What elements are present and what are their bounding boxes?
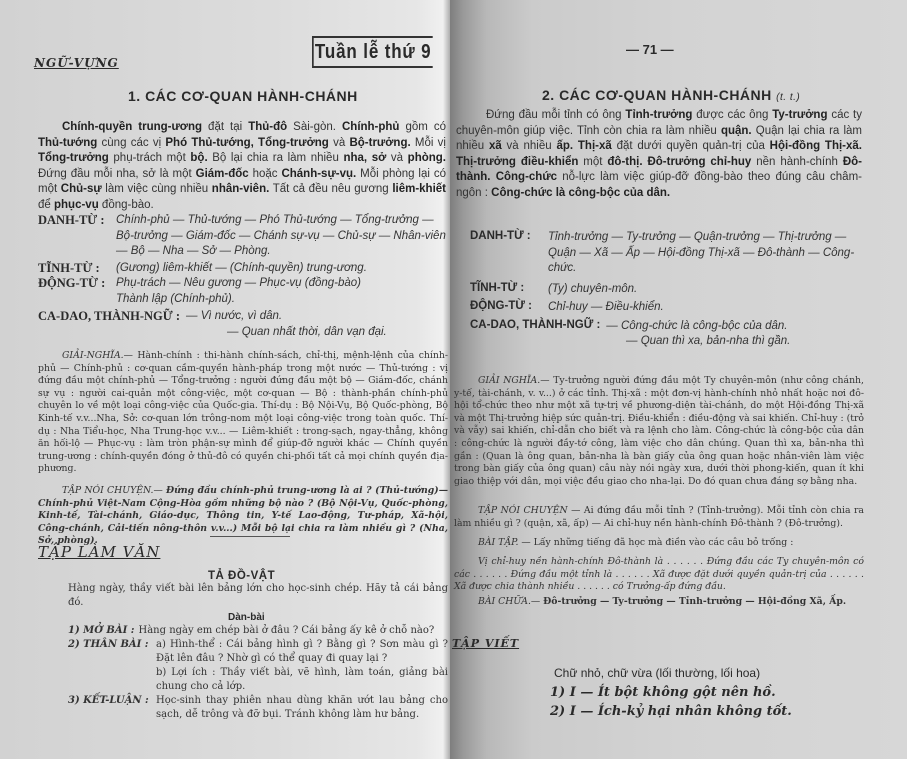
outline-label: 2) THÂN BÀI : (68, 638, 156, 694)
vocab-label: TĨNH-TỪ : (470, 282, 548, 298)
outline-text: Học-sinh thay phiên nhau dùng khăn ướt l… (156, 694, 448, 722)
outline-text: a) Hình-thể : Cái bảng hình gì ? Bằng gì… (156, 638, 448, 666)
intro-paragraph-right: Đứng đầu mỗi tỉnh có ông Tỉnh-trưởng đượ… (456, 108, 862, 201)
text-run: Sài-gòn. (287, 121, 342, 133)
handwriting-line-2: 2) I — Ích-kỷ hại nhân không tốt. (550, 704, 792, 719)
bold-term: xã (489, 140, 502, 152)
outline-item-conclusion: 3) KẾT-LUẬN : Học-sinh thay phiên nhau d… (68, 694, 448, 722)
composition-prompt: Hàng ngày, thầy viết bài lên bảng lớn ch… (68, 582, 448, 610)
text-run: được các ông (692, 109, 772, 121)
vocab-items: — Vì nước, vì dân. (186, 309, 282, 325)
handwriting-line-1: 1) I — Ít bột không gột nên hồ. (550, 685, 776, 700)
handwriting-intro: Chữ nhỏ, chữ vừa (lối thường, lối hoa) (554, 666, 760, 680)
vocab-items: — Công-chức là công-bộc của dân. (606, 319, 787, 335)
bold-term: phòng. (408, 152, 446, 164)
exercise-blanks: Vị chỉ-huy nền hành-chính Đô-thành là . … (454, 556, 864, 594)
bold-term: Thị-xã (578, 140, 612, 152)
outline-item-body: 2) THÂN BÀI : a) Hình-thể : Cái bảng hìn… (68, 638, 448, 694)
vocab-row-noun: DANH-TỪ : Tỉnh-trưởng — Ty-trưởng — Quận… (470, 230, 862, 277)
page-number: — 71 — (626, 42, 674, 57)
vocab-label: DANH-TỪ : (38, 213, 116, 260)
explanation-label: GIẢI-NGHĨA.— (62, 350, 133, 361)
divider (210, 536, 290, 537)
vocab-items: (Gương) liêm-khiết — (Chính-quyền) trung… (116, 261, 367, 277)
text-run: và (386, 152, 407, 164)
vocab-label: CA-DAO, THÀNH-NGỮ : (38, 309, 180, 325)
text-run: Bộ lại chia ra làm nhiều (208, 152, 344, 164)
explanation-text: Ty-trưởng người đứng đầu một Ty chuyên-m… (454, 375, 864, 487)
vocab-row-proverb: CA-DAO, THÀNH-NGỮ : — Công-chức là công-… (470, 319, 862, 335)
text-run: hoặc (249, 168, 282, 180)
vocab-items: Chỉ-huy — Điều-khiển. (548, 300, 664, 316)
vocab-label: DANH-TỪ : (470, 230, 548, 277)
bold-term: Giám-đốc (196, 168, 249, 180)
conversation-label: TẬP NÓI CHUYỆN — (478, 505, 580, 516)
vocab-items: Phụ-trách — Nêu gương — Phục-vụ (đồng-bà… (116, 276, 386, 307)
text-run: gồm có (399, 121, 446, 133)
conversation-left: TẬP NÓI CHUYỆN.— Đứng đầu chính-phủ trun… (38, 485, 448, 548)
text-run: Đứng đầu mỗi nha, sở là một (38, 168, 196, 180)
answer-label: BÀI CHỮA.— (478, 596, 540, 607)
bold-term: phục-vụ (54, 199, 99, 211)
explanation-text: Hành-chính : thi-hành chính-sách, chỉ-th… (38, 350, 448, 474)
vocab-items: (Ty) chuyên-môn. (548, 282, 637, 298)
text-run: làm việc cùng nhiều (102, 183, 212, 195)
composition-title: TẢ ĐỒ-VẬT (208, 570, 275, 582)
explanation-left: GIẢI-NGHĨA.— Hành-chính : thi-hành chính… (38, 350, 448, 476)
conversation-label: TẬP NÓI CHUYỆN.— (62, 485, 163, 496)
bold-term: Chánh-sự-vụ. (281, 168, 356, 180)
lesson-title-text: 2. CÁC CƠ-QUAN HÀNH-CHÁNH (542, 87, 772, 103)
answer-right: BÀI CHỮA.— Đô-trưởng — Ty-trưởng — Tỉnh-… (454, 596, 864, 609)
vocab-row-adjective: TĨNH-TỪ : (Gương) liêm-khiết — (Chính-qu… (38, 261, 450, 277)
vocab-items: Chính-phủ — Thủ-tướng — Phó Thủ-tướng — … (116, 213, 450, 260)
vocab-label: CA-DAO, THÀNH-NGỮ : (470, 319, 600, 335)
bold-term: Công-chức (496, 171, 557, 183)
exercise-right: BÀI TẬP. — Lấy những tiếng đã học mà điề… (454, 537, 864, 550)
lesson-title-left: 1. CÁC CƠ-QUAN HÀNH-CHÁNH (128, 88, 358, 104)
section-vocabulary-heading: NGỮ-VỰNG (34, 56, 119, 70)
lesson-title-right: 2. CÁC CƠ-QUAN HÀNH-CHÁNH (t. t.) (542, 87, 800, 103)
answer-text: Đô-trưởng — Ty-trưởng — Tỉnh-trưởng — Hộ… (543, 596, 846, 607)
vocab-items-2: — Quan nhất thời, dân vạn đại. (38, 325, 450, 341)
text-run: một (578, 156, 607, 168)
vocab-items-2: — Quan thì xa, bản-nha thì gần. (470, 334, 862, 350)
explanation-right: GIẢI NGHĨA.— Ty-trưởng người đứng đầu mộ… (454, 375, 864, 488)
text-run: và nhiều (502, 140, 557, 152)
vocab-block-left: DANH-TỪ : Chính-phủ — Thủ-tướng — Phó Th… (38, 213, 450, 340)
outline-label: 1) MỞ BÀI : (68, 624, 135, 638)
bold-term: Ty-trưởng (772, 109, 827, 121)
left-page: Tuần lễ thứ 9 NGỮ-VỰNG 1. CÁC CƠ-QUAN HÀ… (0, 0, 452, 759)
text-run: Đứng đầu mỗi tỉnh có ông (486, 109, 625, 121)
bold-term: Phó Thủ-tướng, Tổng-trưởng (165, 137, 328, 149)
bold-term: quận. (721, 125, 752, 137)
section-handwriting-heading: TẬP VIẾT (452, 637, 519, 650)
bold-term: liêm-khiết (392, 183, 446, 195)
vocab-row-verb: ĐỘNG-TỪ : Chỉ-huy — Điều-khiển. (470, 300, 862, 316)
text-run: Tất cả đều nêu gương (269, 183, 392, 195)
bold-term: Hội-đồng Thị-xã. (770, 140, 862, 152)
text-run: đặt tại (202, 121, 248, 133)
week-label-box: Tuần lễ thứ 9 (312, 36, 433, 68)
outline-text: Hàng ngày em chép bài ở đâu ? Cái bảng ấ… (139, 624, 435, 638)
vocab-row-verb: ĐỘNG-TỪ : Phụ-trách — Nêu gương — Phục-v… (38, 276, 450, 307)
vocab-row-noun: DANH-TỪ : Chính-phủ — Thủ-tướng — Phó Th… (38, 213, 450, 260)
outline-list: 1) MỞ BÀI : Hàng ngày em chép bài ở đâu … (68, 624, 448, 722)
text-run: Mỗi vị (411, 137, 446, 149)
vocab-items: Tỉnh-trưởng — Ty-trưởng — Quận-trưởng — … (548, 230, 858, 277)
bold-term: Thủ-đô (248, 121, 287, 133)
bold-term: nha, sở (343, 152, 386, 164)
outline-item-intro: 1) MỞ BÀI : Hàng ngày em chép bài ở đâu … (68, 624, 448, 638)
bold-term: Chính-quyền trung-ương (62, 121, 202, 133)
text-run: đặt dưới quyền quản-trị của (612, 140, 770, 152)
lesson-title-suffix: (t. t.) (776, 92, 800, 103)
text-run: để (38, 199, 54, 211)
text-run: cùng các vị (97, 137, 165, 149)
outline-title: Dàn-bài (228, 612, 265, 623)
bold-term: Bộ-trưởng. (349, 137, 410, 149)
outline-label: 3) KẾT-LUẬN : (68, 694, 156, 722)
bold-term: Công-chức là công-bộc của dân. (491, 187, 670, 199)
vocab-block-right: DANH-TỪ : Tỉnh-trưởng — Ty-trưởng — Quận… (470, 230, 862, 350)
bold-term: bộ. (190, 152, 207, 164)
vocab-label: TĨNH-TỪ : (38, 261, 116, 277)
conversation-right: TẬP NÓI CHUYỆN — Ai đứng đầu mỗi tỉnh ? … (454, 505, 864, 530)
outline-text-2: b) Lợi ích : Thầy viết bài, vẽ hình, làm… (156, 666, 448, 694)
right-page: — 71 — 2. CÁC CƠ-QUAN HÀNH-CHÁNH (t. t.)… (450, 0, 907, 759)
vocab-label: ĐỘNG-TỪ : (38, 276, 116, 307)
text-run: nền hành-chính (751, 156, 843, 168)
bold-term: Tổng-trưởng (38, 152, 109, 164)
intro-paragraph-left: Chính-quyền trung-ương đặt tại Thủ-đô Sà… (38, 120, 446, 213)
exercise-text: Lấy những tiếng đã học mà điền vào các c… (534, 537, 794, 548)
section-composition-heading: TẬP LÀM VĂN (38, 543, 160, 561)
bold-term: đô-thị. (607, 156, 642, 168)
bold-term: ấp. (556, 140, 573, 152)
bold-term: Tỉnh-trưởng (625, 109, 692, 121)
bold-term: Thị-trưởng điều-khiển (456, 156, 578, 168)
vocab-row-adjective: TĨNH-TỪ : (Ty) chuyên-môn. (470, 282, 862, 298)
bold-term: Đô-trưởng chỉ-huy (647, 156, 751, 168)
bold-term: nhân-viên. (212, 183, 270, 195)
text-run: và (329, 137, 350, 149)
exercise-label: BÀI TẬP. — (478, 537, 531, 548)
text-run: đồng-bào. (99, 199, 154, 211)
vocab-label: ĐỘNG-TỪ : (470, 300, 548, 316)
bold-term: Thủ-tướng (38, 137, 97, 149)
bold-term: Chủ-sự (61, 183, 102, 195)
text-run: phụ-trách một (109, 152, 191, 164)
explanation-label: GIẢI NGHĨA.— (478, 375, 550, 386)
vocab-row-proverb: CA-DAO, THÀNH-NGỮ : — Vì nước, vì dân. (38, 309, 450, 325)
outline-text-group: a) Hình-thể : Cái bảng hình gì ? Bằng gì… (156, 638, 448, 694)
bold-term: Chính-phủ (342, 121, 399, 133)
